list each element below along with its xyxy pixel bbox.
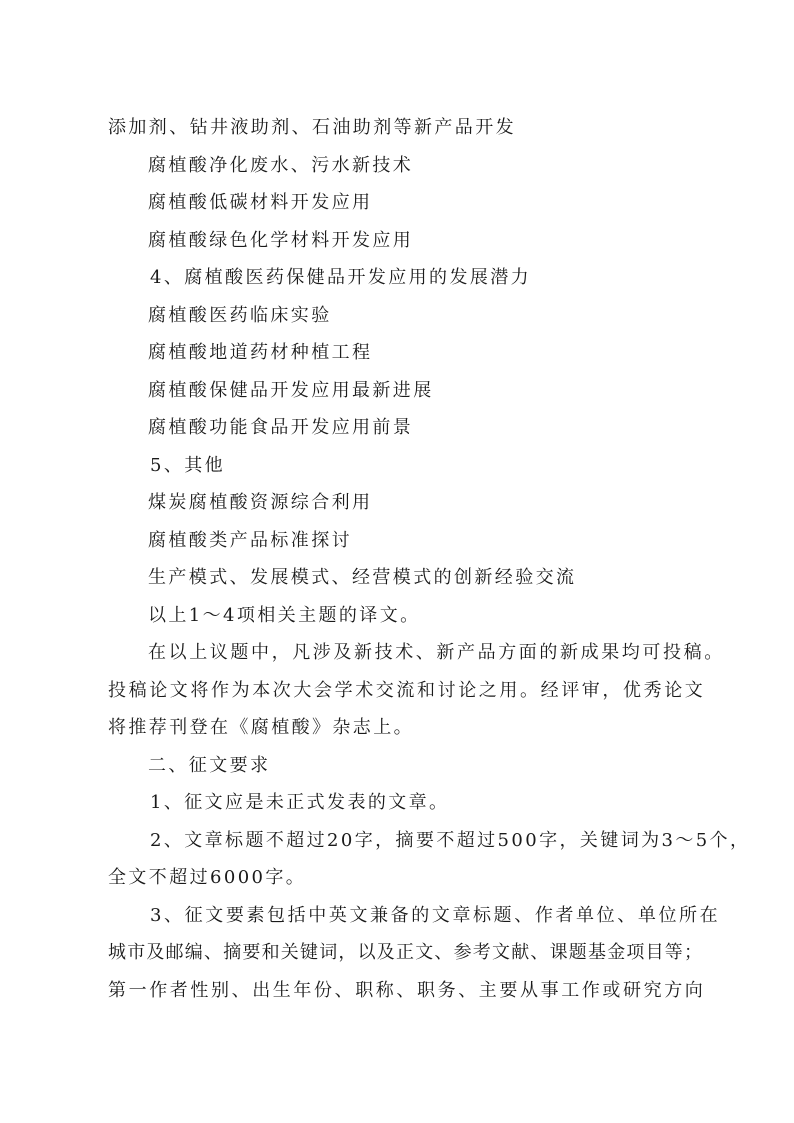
requirement-3-line-1: 3、征文要素包括中英文兼备的文章标题、作者单位、单位所在: [150, 904, 730, 928]
section-heading-requirements: 二、征文要求: [148, 754, 728, 778]
text-line-innovation: 生产模式、发展模式、经营模式的创新经验交流: [148, 566, 728, 590]
requirement-3-line-2: 城市及邮编、摘要和关键词，以及正文、参考文献、课题基金项目等；: [108, 941, 688, 965]
text-line-wastewater: 腐植酸净化废水、污水新技术: [148, 154, 728, 178]
requirement-1: 1、征文应是未正式发表的文章。: [150, 791, 730, 815]
paragraph-submission-line-2: 投稿论文将作为本次大会学术交流和讨论之用。经评审，优秀论文: [108, 679, 688, 703]
text-line-functional-food: 腐植酸功能食品开发应用前景: [148, 416, 728, 440]
paragraph-submission-line-1: 在以上议题中，凡涉及新技术、新产品方面的新成果均可投稿。: [148, 641, 728, 665]
text-line-clinical: 腐植酸医药临床实验: [148, 304, 728, 328]
text-line-translations: 以上1～4项相关主题的译文。: [148, 604, 728, 628]
text-line-standards: 腐植酸类产品标准探讨: [148, 529, 728, 553]
text-line-additives: 添加剂、钻井液助剂、石油助剂等新产品开发: [108, 116, 688, 140]
document-page: 添加剂、钻井液助剂、石油助剂等新产品开发 腐植酸净化废水、污水新技术 腐植酸低碳…: [0, 0, 794, 1123]
section-heading-5: 5、其他: [150, 454, 730, 478]
requirement-3-line-3: 第一作者性别、出生年份、职称、职务、主要从事工作或研究方向: [108, 979, 688, 1003]
text-line-health-products: 腐植酸保健品开发应用最新进展: [148, 379, 728, 403]
paragraph-submission-line-3: 将推荐刊登在《腐植酸》杂志上。: [108, 716, 688, 740]
requirement-2-line-1: 2、文章标题不超过20字，摘要不超过500字，关键词为3～5个，: [150, 829, 730, 853]
text-line-low-carbon: 腐植酸低碳材料开发应用: [148, 191, 728, 215]
text-line-herbs: 腐植酸地道药材种植工程: [148, 341, 728, 365]
section-heading-4: 4、腐植酸医药保健品开发应用的发展潜力: [150, 266, 730, 290]
requirement-2-line-2: 全文不超过6000字。: [108, 866, 688, 890]
text-line-green-chemistry: 腐植酸绿色化学材料开发应用: [148, 229, 728, 253]
text-line-coal-resources: 煤炭腐植酸资源综合利用: [148, 491, 728, 515]
